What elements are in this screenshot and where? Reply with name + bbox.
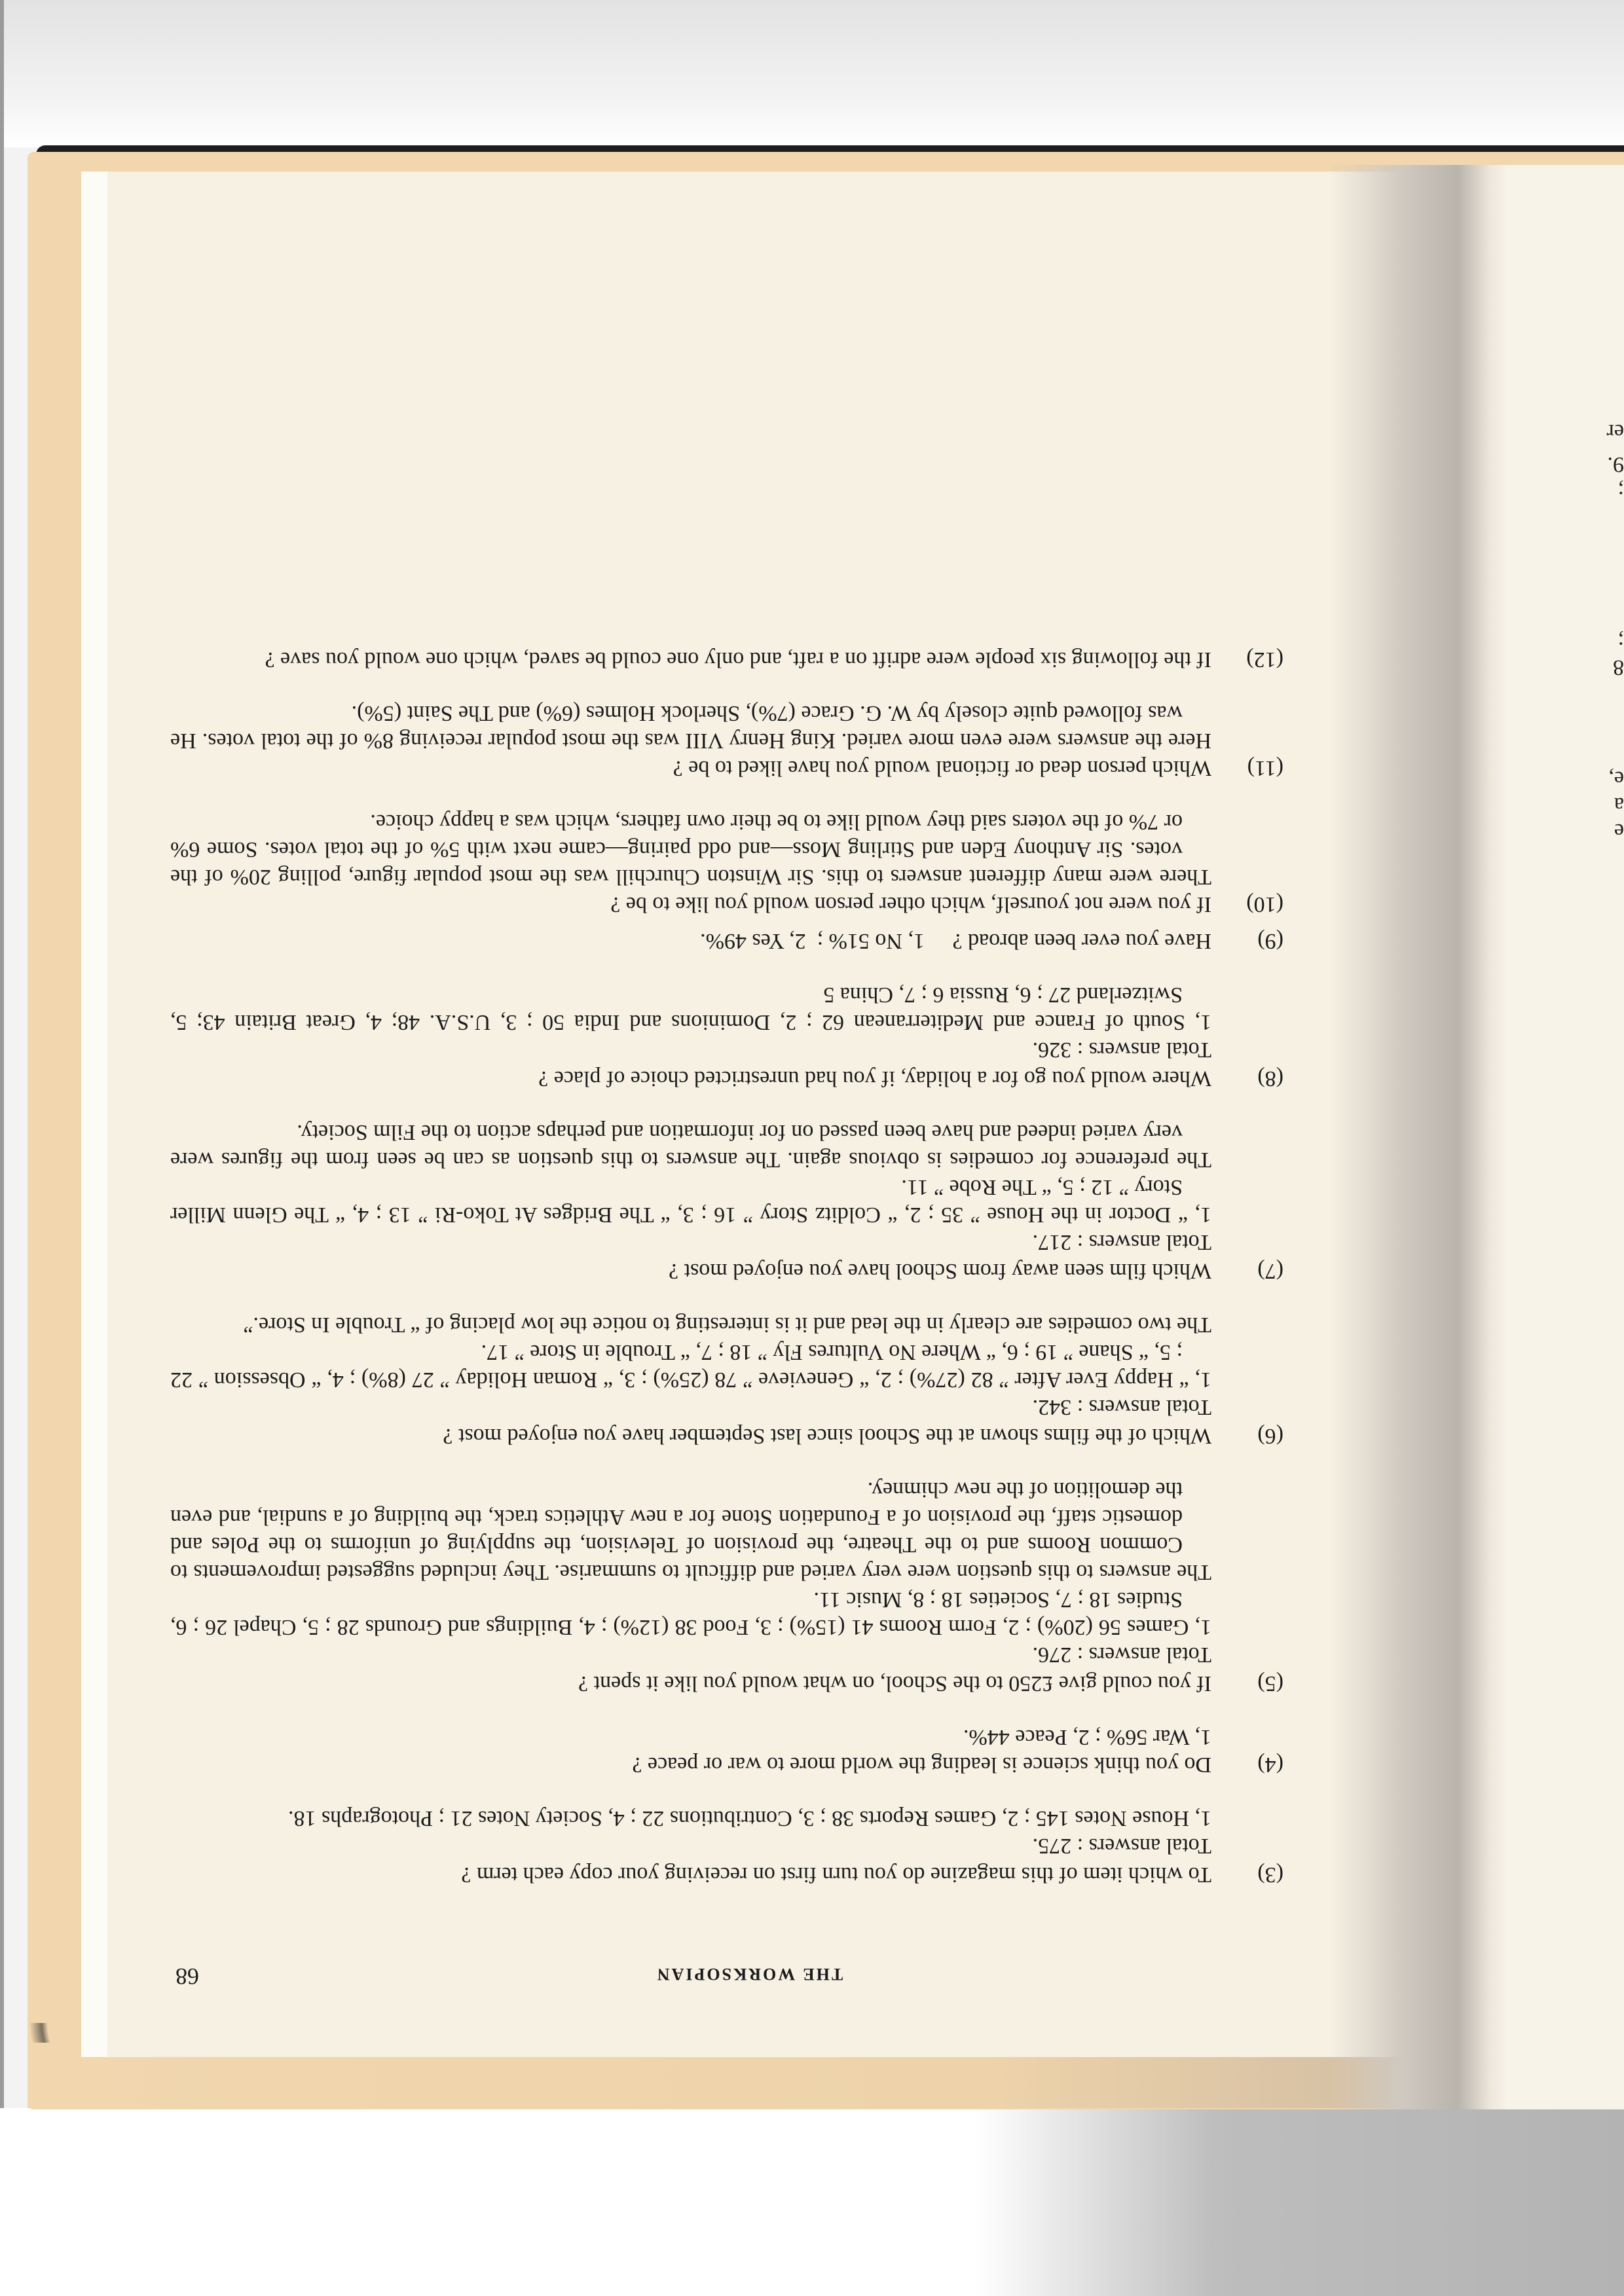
facing-page-fragment: a <box>1598 792 1624 817</box>
question-number: (6) <box>1211 1311 1283 1449</box>
answer-results: 1, War 56% ; 2, Peace 44%. <box>170 1723 1211 1751</box>
question-6: (6) Which of the films shown at the Scho… <box>170 1311 1283 1449</box>
answer-results: 1, “ Happy Ever After ” 82 (27%) ; 2, “ … <box>170 1338 1211 1393</box>
question-number: (5) <box>1211 1476 1283 1697</box>
question-text: If you were not yourself, which other pe… <box>170 890 1211 918</box>
question-number: (10) <box>1211 808 1283 918</box>
facing-page-fragment: ; <box>1598 629 1624 653</box>
book-gutter <box>1329 165 1513 2109</box>
page-content: THE WORKSOPIAN 68 (3) To which item of t… <box>170 406 1283 1990</box>
question-10: (10) If you were not yourself, which oth… <box>170 808 1283 918</box>
page-edge-highlight <box>81 172 107 2057</box>
question-number: (12) <box>1211 646 1283 673</box>
question-text: If you could give £250 to the School, on… <box>170 1669 1211 1697</box>
question-text: Which person dead or fictional would you… <box>170 754 1211 782</box>
question-7: (7) Which film seen away from School hav… <box>170 1118 1283 1285</box>
question-text: If the following six people were adrift … <box>170 646 1211 673</box>
question-number: (11) <box>1211 699 1283 782</box>
total-answers: Total answers : 275. <box>170 1832 1211 1859</box>
question-12: (12) If the following six people were ad… <box>170 646 1283 673</box>
question-3: (3) To which item of this magazine do yo… <box>170 1804 1283 1888</box>
total-answers: Total answers : 217. <box>170 1228 1211 1256</box>
running-head: THE WORKSOPIAN 68 <box>170 1960 1283 1990</box>
question-4: (4) Do you think science is leading the … <box>170 1723 1283 1778</box>
facing-page-fragment: 9. <box>1598 452 1624 477</box>
scanner-background-top <box>0 0 1624 147</box>
answer-results: 1, “ Doctor in the House ” 35 ; 2, “ Col… <box>170 1173 1211 1228</box>
question-5: (5) If you could give £250 to the School… <box>170 1476 1283 1697</box>
scanner-background-bottom <box>0 2108 1624 2296</box>
commentary: Here the answers were even more varied. … <box>170 699 1211 754</box>
question-number: (7) <box>1211 1118 1283 1285</box>
commentary: The preference for comedies is obvious a… <box>170 1118 1211 1173</box>
question-text: Where would you go for a holiday, if you… <box>170 1065 1211 1092</box>
total-answers: Total answers : 342. <box>170 1393 1211 1421</box>
facing-page-fragment: e, <box>1598 766 1624 791</box>
question-number: (8) <box>1211 981 1283 1092</box>
facing-page-fragment: e <box>1598 818 1624 843</box>
facing-page-fragment: er <box>1598 419 1624 444</box>
page-number: 68 <box>175 1963 215 1990</box>
facing-page-fragment: 8 <box>1598 655 1624 680</box>
question-text: Do you think science is leading the worl… <box>170 1751 1211 1778</box>
answer-results: 1, South of France and Mediterranean 62 … <box>170 981 1211 1036</box>
question-number: (9) <box>1211 927 1283 955</box>
total-answers: Total answers : 276. <box>170 1641 1211 1668</box>
question-number: (4) <box>1211 1723 1283 1778</box>
scanner-edge <box>0 0 4 2296</box>
answer-results: 1, House Notes 145 ; 2, Games Reports 38… <box>170 1804 1211 1832</box>
question-text: Which of the films shown at the School s… <box>170 1422 1211 1449</box>
facing-page-fragment: ; <box>1598 478 1624 503</box>
answer-results: 1, Games 56 (20%) ; 2, Form Rooms 41 (15… <box>170 1586 1211 1641</box>
commentary: There were many different answers to thi… <box>170 808 1211 890</box>
question-9: (9) Have you ever been abroad ? 1, No 51… <box>170 927 1283 955</box>
magazine-title: THE WORKSOPIAN <box>215 1960 1283 1988</box>
question-8: (8) Where would you go for a holiday, if… <box>170 981 1283 1092</box>
commentary: The answers to this question were very v… <box>170 1476 1211 1586</box>
question-text: To which item of this magazine do you tu… <box>170 1861 1211 1888</box>
question-text: Which film seen away from School have yo… <box>170 1257 1211 1285</box>
commentary: The two comedies are clearly in the lead… <box>170 1311 1211 1338</box>
question-text: Have you ever been abroad ? 1, No 51% ; … <box>170 927 1211 955</box>
question-number: (3) <box>1211 1804 1283 1888</box>
total-answers: Total answers : 326. <box>170 1036 1211 1063</box>
question-11: (11) Which person dead or fictional woul… <box>170 699 1283 782</box>
